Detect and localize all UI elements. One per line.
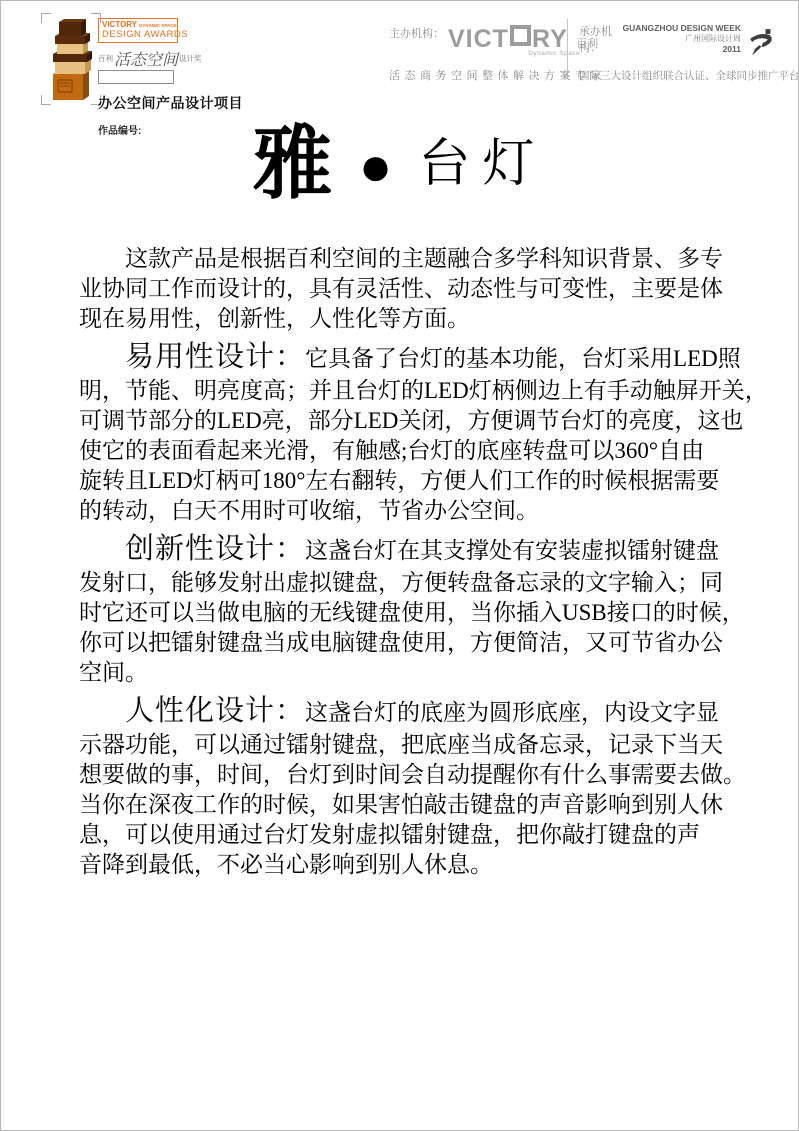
co-organizer-organization: 承办机构： GUANGZHOU DESIGN WEEK 广州国际设计周 2011	[579, 23, 774, 65]
award-name-prefix: 百利	[98, 54, 113, 63]
section-innovation-heading-line: 创新性设计：这盏台灯在其支撑处有安装虚拟镭射键盘	[79, 531, 741, 568]
section-usability-line: 旋转且LED灯柄可180°左右翻转，方便人们工作的时候根据需要	[79, 466, 741, 496]
section-usability-line: 可调节部分的LED亮，部分LED关闭，方便调节台灯的亮度，这也	[79, 406, 741, 436]
co-organizer-label: 承办机构：	[579, 23, 614, 55]
intro-line: 现在易用性，创新性，人性化等方面。	[79, 304, 741, 334]
award-name-script: 活态空间	[114, 52, 178, 69]
title-bullet-icon: ●	[359, 139, 393, 195]
design-awards-logo-text: DESIGN AWARDS	[102, 30, 174, 40]
host-tagline: 活态商务空间整体解决方案专家	[389, 67, 606, 83]
section-innovation-line: 空间。	[79, 658, 741, 688]
section-usability-line: 明，节能、明亮度高；并且台灯的LED灯柄侧边上有手动触屏开关，	[79, 376, 741, 406]
section-heading: 创新性设计：	[125, 533, 305, 565]
section-usability-heading-line: 易用性设计：它具备了台灯的基本功能，台灯采用LED照	[79, 339, 741, 376]
section-heading: 人性化设计：	[125, 695, 305, 727]
section-heading: 易用性设计：	[125, 341, 305, 373]
section-lead-text: 它具备了台灯的基本功能，台灯采用LED照	[305, 346, 741, 371]
section-humanization-line: 当你在深夜工作的时候，如果害怕敲击键盘的声音影响到别人休	[79, 790, 741, 820]
section-humanization-line: 音降到最低，不必当心影响到别人休息。	[79, 850, 741, 880]
section-usability-line: 的转动，白天不用时可收缩，节省办公空间。	[79, 496, 741, 526]
section-humanization-heading-line: 人性化设计：这盏台灯的底座为圆形底座，内设文字显	[79, 693, 741, 730]
description-text: 这款产品是根据百利空间的主题融合多学科知识背景、多专 业协同工作而设计的，具有灵…	[79, 244, 741, 880]
section-humanization-line: 想要做的事，时间，台灯到时间会自动提醒你有什么事需要去做。	[79, 760, 741, 790]
host-logo-caption: Dynamic Space	[528, 50, 580, 57]
section-humanization-line: 示器功能，可以通过镭射键盘，把底座当成备忘录，记录下当天	[79, 730, 741, 760]
award-branding-block: VICTORYDYNAMIC SPACE DESIGN AWARDS 百利活态空…	[98, 18, 338, 137]
wordmark-left: VICT	[448, 25, 509, 53]
victory-design-awards-logo: VICTORYDYNAMIC SPACE DESIGN AWARDS	[98, 18, 178, 43]
wordmark-right: RY	[532, 25, 568, 53]
section-innovation-line: 时它还可以当做电脑的无线键盘使用，当你插入USB接口的时候，	[79, 598, 741, 628]
gdw-name-cn: 广州国际设计周	[622, 34, 741, 44]
square-o-glyph	[510, 25, 531, 46]
victory-wordmark: VICTRY	[448, 25, 568, 53]
section-humanization-line: 息，可以使用通过台灯发射虚拟镭射键盘，把你敲打键盘的声	[79, 820, 741, 850]
section-usability-line: 使它的表面看起来光滑，有触感;台灯的底座转盘可以360°自由	[79, 436, 741, 466]
section-innovation-line: 你可以把镭射键盘当成电脑键盘使用，方便简洁，又可节省办公	[79, 628, 741, 658]
section-lead-text: 这盏台灯在其支撑处有安装虚拟镭射键盘	[305, 538, 719, 563]
document-page: VICTORYDYNAMIC SPACE DESIGN AWARDS 百利活态空…	[0, 0, 799, 1131]
section-lead-text: 这盏台灯的底座为圆形底座，内设文字显	[305, 700, 719, 725]
section-innovation-line: 发射口，能够发射出虚拟键盘，方便转盘备忘录的文字输入；同	[79, 568, 741, 598]
victory-wordmark-logo: VICTRY 百利 Dynamic Space	[448, 25, 598, 52]
intro-line: 业协同工作而设计的，具有灵活性、动态性与可变性，主要是体	[79, 274, 741, 304]
trophy-image	[41, 13, 101, 105]
title-product-name: 台灯	[418, 139, 546, 191]
intro-line: 这款产品是根据百利空间的主题融合多学科知识背景、多专	[79, 244, 741, 274]
runner-figure-icon	[749, 19, 774, 65]
gdw-logo-text: GUANGZHOU DESIGN WEEK 广州国际设计周 2011	[622, 23, 741, 54]
co-organizer-tagline: 国际三大设计组织联合认证、全球同步推广平台	[579, 68, 799, 83]
product-title: 雅 ● 台灯	[1, 125, 798, 205]
organizers-header: 主办机构： VICTRY 百利 Dynamic Space 承办机构： GUAN…	[389, 1, 761, 101]
stacked-boxes-trophy-icon	[45, 16, 97, 102]
title-calligraphy-char: 雅	[253, 125, 333, 205]
gdw-year: 2011	[622, 44, 741, 55]
entry-code-box	[98, 70, 174, 84]
victory-logo-text: VICTORY	[102, 20, 137, 29]
award-name-suffix: 设计奖	[179, 54, 202, 63]
gdw-name-en: GUANGZHOU DESIGN WEEK	[622, 23, 741, 34]
host-label: 主办机构：	[389, 25, 444, 41]
dynamic-space-logo-text: DYNAMIC SPACE	[139, 23, 176, 28]
project-category-title: 办公空间产品设计项目	[98, 93, 338, 113]
award-chinese-name: 百利活态空间设计奖	[98, 47, 338, 65]
